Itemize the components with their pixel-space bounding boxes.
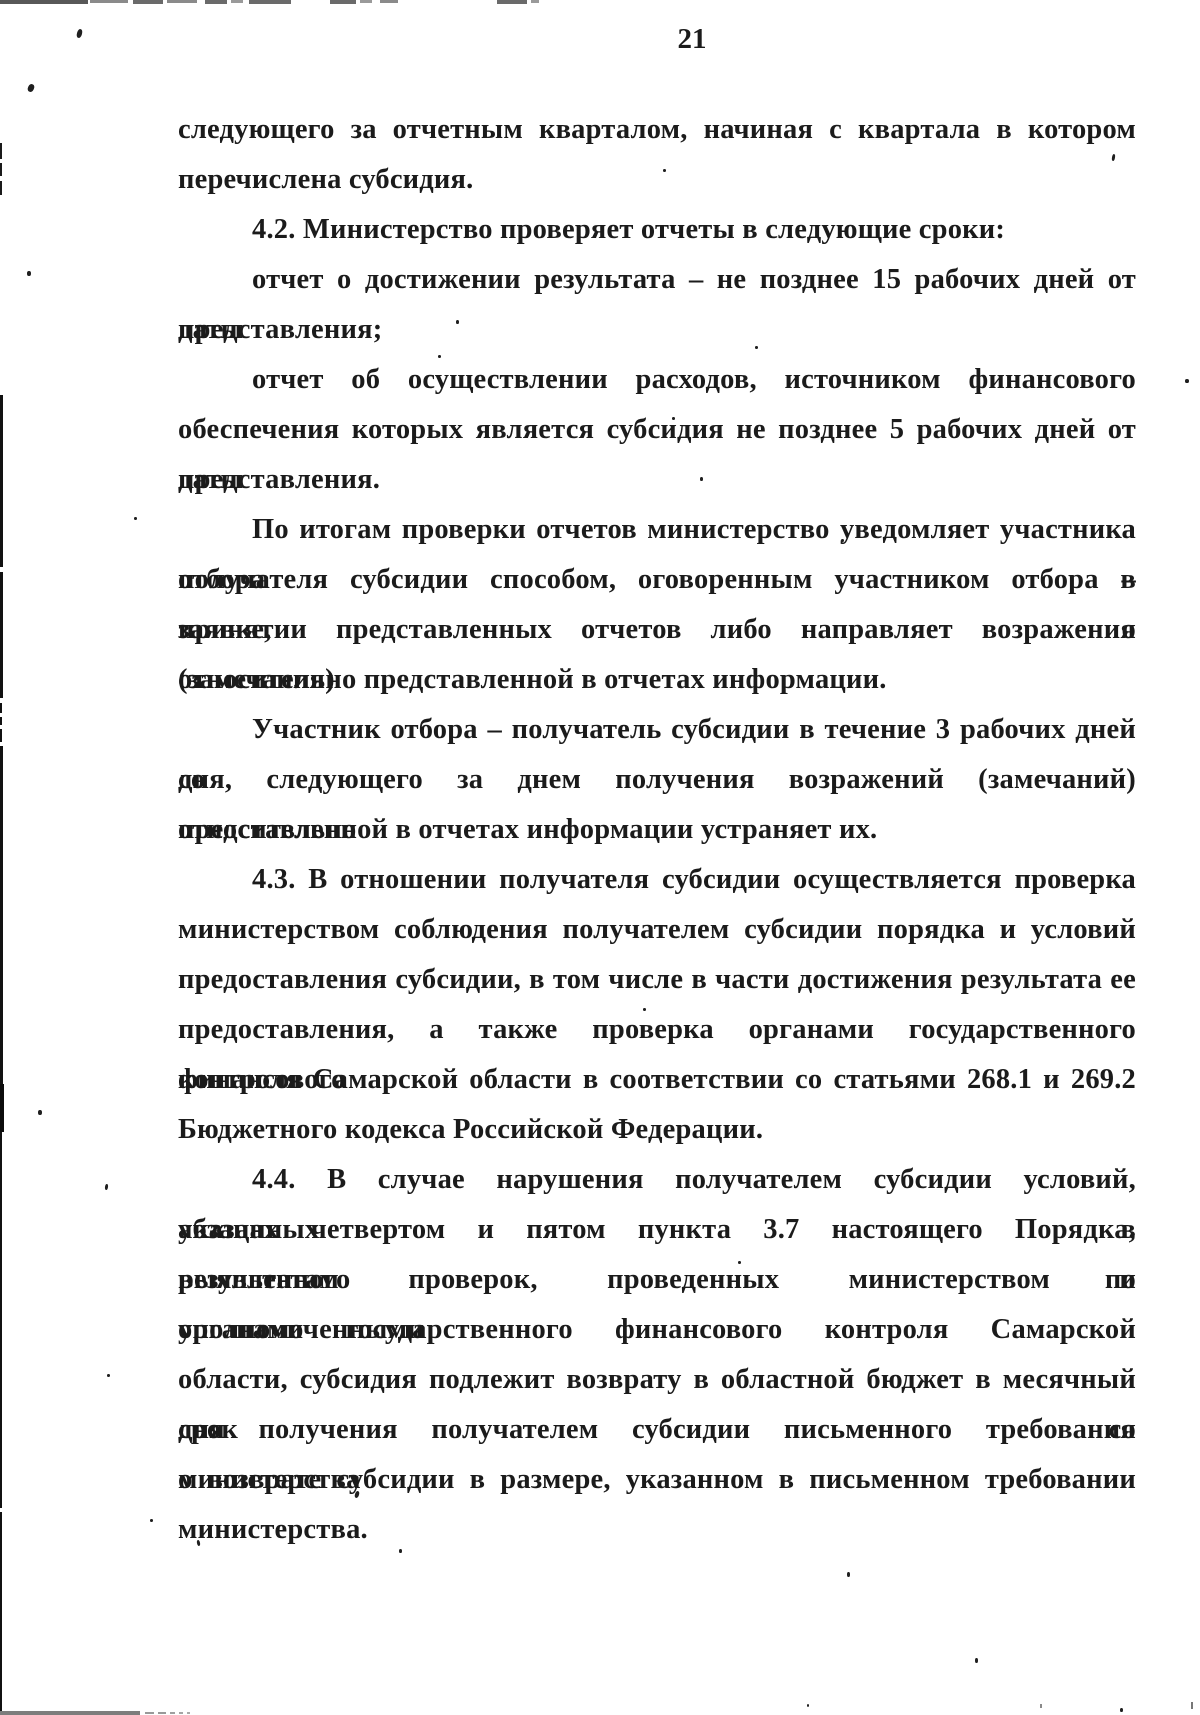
text-line: представления; xyxy=(178,305,1136,355)
scan-noise-speck xyxy=(27,83,36,93)
scan-edge-mark xyxy=(360,0,372,3)
scan-edge-mark xyxy=(0,703,2,713)
scan-noise-speck xyxy=(807,1704,809,1707)
scan-noise-speck xyxy=(134,517,137,520)
scan-edge-mark xyxy=(0,746,3,1084)
text-line: представленной в отчетах информации устр… xyxy=(178,805,1136,855)
text-line: органами государственного финансового ко… xyxy=(178,1305,1136,1355)
text-line: 4.3. В отношении получателя субсидии осу… xyxy=(178,855,1136,905)
scan-noise-speck xyxy=(738,1261,741,1264)
scan-edge-mark xyxy=(158,1712,166,1714)
scan-noise-speck xyxy=(1120,1708,1123,1712)
scan-edge-mark xyxy=(0,395,3,567)
scan-edge-mark xyxy=(170,1712,175,1714)
scan-edge-mark xyxy=(0,163,2,176)
text-line: обеспечения которых является субсидия не… xyxy=(178,405,1136,455)
scan-edge-mark xyxy=(249,0,291,4)
scan-noise-speck xyxy=(76,29,83,39)
scan-noise-speck xyxy=(1185,379,1189,383)
text-line: результатам проверок, проведенных минист… xyxy=(178,1255,1136,1305)
text-line: предоставления субсидии, в том числе в ч… xyxy=(178,955,1136,1005)
scan-noise-speck xyxy=(438,355,441,358)
scan-noise-speck xyxy=(755,346,758,349)
scan-edge-mark xyxy=(187,1712,190,1714)
scan-edge-mark xyxy=(205,0,227,4)
text-line: отчет о достижении результата – не поздн… xyxy=(178,255,1136,305)
text-line: принятии представленных отчетов либо нап… xyxy=(178,605,1136,655)
text-line: Бюджетного кодекса Российской Федерации. xyxy=(178,1105,1136,1155)
scan-edge-mark xyxy=(167,0,197,3)
scan-edge-mark xyxy=(179,1712,183,1714)
page-number: 21 xyxy=(662,22,722,56)
document-page: 21 следующего за отчетным кварталом, нач… xyxy=(0,0,1200,1715)
scan-edge-mark xyxy=(531,0,539,3)
scan-noise-speck xyxy=(27,271,31,276)
scan-noise-speck xyxy=(841,539,844,542)
scan-noise-speck xyxy=(847,1572,850,1577)
scan-noise-speck xyxy=(107,1374,110,1377)
scan-noise-speck xyxy=(38,1110,42,1115)
scan-edge-mark xyxy=(497,0,527,4)
text-line: министерством соблюдения получателем суб… xyxy=(178,905,1136,955)
scan-edge-mark xyxy=(1040,1704,1042,1708)
text-line: области, субсидия подлежит возврату в об… xyxy=(178,1355,1136,1405)
text-line: контроля Самарской области в соответстви… xyxy=(178,1055,1136,1105)
scan-edge-mark xyxy=(330,0,356,4)
text-line: получателя субсидии способом, оговоренны… xyxy=(178,555,1136,605)
scan-noise-speck xyxy=(672,417,675,420)
text-line: 4.2. Министерство проверяет отчеты в сле… xyxy=(178,205,1136,255)
scan-edge-mark xyxy=(0,717,2,725)
text-line: представления. xyxy=(178,455,1136,505)
scan-edge-mark xyxy=(0,1512,2,1715)
text-line: дня, следующего за днем получения возраж… xyxy=(178,755,1136,805)
scan-noise-speck xyxy=(975,1658,978,1663)
text-line: 4.4. В случае нарушения получателем субс… xyxy=(178,1155,1136,1205)
scan-edge-mark xyxy=(1191,1702,1193,1709)
text-line: дня получения получателем субсидии письм… xyxy=(178,1405,1136,1455)
scan-edge-mark xyxy=(0,729,2,742)
scan-edge-mark xyxy=(0,0,88,4)
scan-noise-speck xyxy=(456,320,459,324)
scan-noise-speck xyxy=(643,1008,646,1011)
text-line: абзацах четвертом и пятом пункта 3.7 нас… xyxy=(178,1205,1136,1255)
text-line: предоставления, а также проверка органам… xyxy=(178,1005,1136,1055)
scan-edge-mark xyxy=(133,0,163,4)
scan-edge-mark xyxy=(0,143,2,159)
text-line: Участник отбора – получатель субсидии в … xyxy=(178,705,1136,755)
scan-noise-speck xyxy=(150,1519,153,1522)
text-line: перечислена субсидия. xyxy=(178,155,1136,205)
scan-edge-mark xyxy=(0,1711,140,1715)
scan-edge-mark xyxy=(0,1084,4,1132)
text-line: министерства. xyxy=(178,1505,1136,1555)
scan-edge-mark xyxy=(90,0,128,3)
text-line: По итогам проверки отчетов министерство … xyxy=(178,505,1136,555)
scan-edge-mark xyxy=(380,0,398,3)
text-line: отчет об осуществлении расходов, источни… xyxy=(178,355,1136,405)
scan-noise-speck xyxy=(700,477,703,481)
scan-edge-mark xyxy=(231,0,243,3)
text-line: следующего за отчетным кварталом, начина… xyxy=(178,105,1136,155)
scan-edge-mark xyxy=(0,1132,2,1508)
scan-edge-mark xyxy=(0,572,3,698)
document-body: следующего за отчетным кварталом, начина… xyxy=(178,105,1136,1555)
scan-edge-mark xyxy=(145,1712,154,1714)
scan-noise-speck xyxy=(399,1549,402,1553)
scan-noise-speck xyxy=(663,169,666,172)
scan-edge-mark xyxy=(0,181,2,195)
text-line: относительно представленной в отчетах ин… xyxy=(178,655,1136,705)
text-line: о возврате субсидии в размере, указанном… xyxy=(178,1455,1136,1505)
scan-noise-speck xyxy=(105,1184,109,1190)
